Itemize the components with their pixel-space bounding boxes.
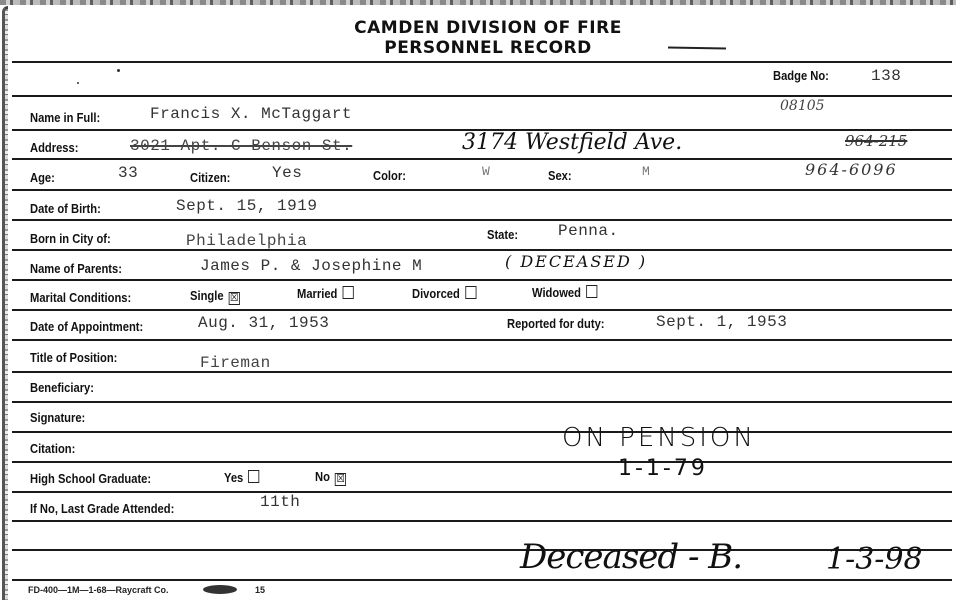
printer-logo-icon (203, 585, 237, 594)
rule-line (12, 279, 952, 281)
signature-label: Signature: (30, 410, 85, 425)
rule-line (12, 431, 952, 433)
marital-option-label: Divorced (412, 286, 460, 301)
form-code: FD-400—1M—1-68—Raycraft Co. (28, 585, 169, 595)
married-checkbox[interactable] (343, 286, 354, 299)
badge-value: 138 (871, 67, 901, 85)
new-address-handwritten: 3174 Westfield Ave. (462, 130, 682, 155)
beneficiary-label: Beneficiary: (30, 380, 94, 395)
rule-line (12, 579, 952, 581)
form-subtitle: PERSONNEL RECORD (10, 38, 956, 58)
form-title: CAMDEN DIVISION OF FIRE (10, 18, 956, 38)
rule-line (12, 219, 952, 221)
rule-line (12, 309, 952, 311)
rule-line (12, 249, 952, 251)
single-checkbox[interactable]: ☒ (229, 292, 240, 305)
citation-label: Citation: (30, 441, 75, 456)
scan-top-edge (0, 0, 956, 5)
hs-no-option: No☒ (315, 469, 346, 486)
badge-label: Badge No: (773, 68, 829, 83)
state-value: Penna. (558, 222, 619, 240)
rule-line (12, 461, 952, 463)
last-grade-label: If No, Last Grade Attended: (30, 501, 174, 516)
zip-handwritten: 08105 (780, 98, 825, 114)
address-label: Address: (30, 140, 78, 155)
marital-label: Marital Conditions: (30, 290, 131, 305)
divorced-checkbox[interactable] (465, 286, 476, 299)
citation-date: 1-1-79 (618, 456, 708, 481)
color-value: W (482, 164, 490, 179)
position-value: Fireman (200, 354, 271, 372)
name-value: Francis X. McTaggart (150, 105, 352, 123)
rule-line (12, 549, 952, 551)
marital-option-divorced: Divorced (412, 286, 476, 301)
color-label: Color: (373, 168, 406, 183)
marital-option-married: Married (297, 286, 354, 301)
last-grade-value: 11th (260, 493, 300, 511)
hs-yes-option: Yes (224, 470, 260, 485)
age-label: Age: (30, 170, 55, 185)
speck (117, 69, 120, 72)
phone-handwritten: 964-6096 (805, 160, 898, 179)
appointment-value: Aug. 31, 1953 (198, 314, 329, 332)
position-label: Title of Position: (30, 350, 117, 365)
rule-line (12, 520, 952, 522)
marital-option-label: Single (190, 288, 224, 303)
rule-line (12, 95, 952, 97)
hs-yes-checkbox[interactable] (248, 470, 259, 483)
rule-line (12, 189, 952, 191)
dob-value: Sept. 15, 1919 (176, 197, 317, 215)
deceased-note: Deceased - B. (520, 537, 742, 577)
parents-annotation: ( DECEASED ) (505, 252, 647, 271)
hs-grad-label: High School Graduate: (30, 471, 151, 486)
marital-option-label: Married (297, 286, 337, 301)
form-number: 15 (255, 585, 265, 595)
state-label: State: (487, 227, 518, 242)
marital-option-single: Single☒ (190, 288, 240, 305)
sex-label: Sex: (548, 168, 572, 183)
parents-label: Name of Parents: (30, 261, 122, 276)
rule-line (12, 339, 952, 341)
citation-value: ON PENSION (562, 423, 756, 453)
appointment-label: Date of Appointment: (30, 319, 143, 334)
rule-line (12, 61, 952, 63)
citizen-value: Yes (272, 164, 302, 182)
born-city-label: Born in City of: (30, 231, 111, 246)
old-address-struck: 3021 Apt. C Benson St. (130, 137, 352, 155)
rule-line (12, 491, 952, 493)
born-city-value: Philadelphia (186, 232, 307, 250)
old-phone-struck: 964-215 (845, 132, 907, 150)
name-label: Name in Full: (30, 110, 100, 125)
hs-no-checkbox[interactable]: ☒ (335, 473, 346, 486)
citizen-label: Citizen: (190, 170, 230, 185)
widowed-checkbox[interactable] (586, 285, 597, 298)
marital-option-label: Widowed (532, 285, 581, 300)
sex-value: M (642, 164, 650, 179)
card-left-edge (2, 6, 8, 600)
hs-yes-label: Yes (224, 470, 243, 485)
reported-value: Sept. 1, 1953 (656, 313, 787, 331)
age-value: 33 (118, 164, 138, 182)
hs-no-label: No (315, 469, 330, 484)
reported-label: Reported for duty: (507, 316, 605, 331)
rule-line (12, 371, 952, 373)
parents-value: James P. & Josephine M (200, 257, 422, 275)
deceased-date: 1-3-98 (826, 542, 923, 577)
dob-label: Date of Birth: (30, 201, 101, 216)
speck (77, 82, 79, 84)
rule-line (12, 401, 952, 403)
marital-option-widowed: Widowed (532, 285, 597, 300)
